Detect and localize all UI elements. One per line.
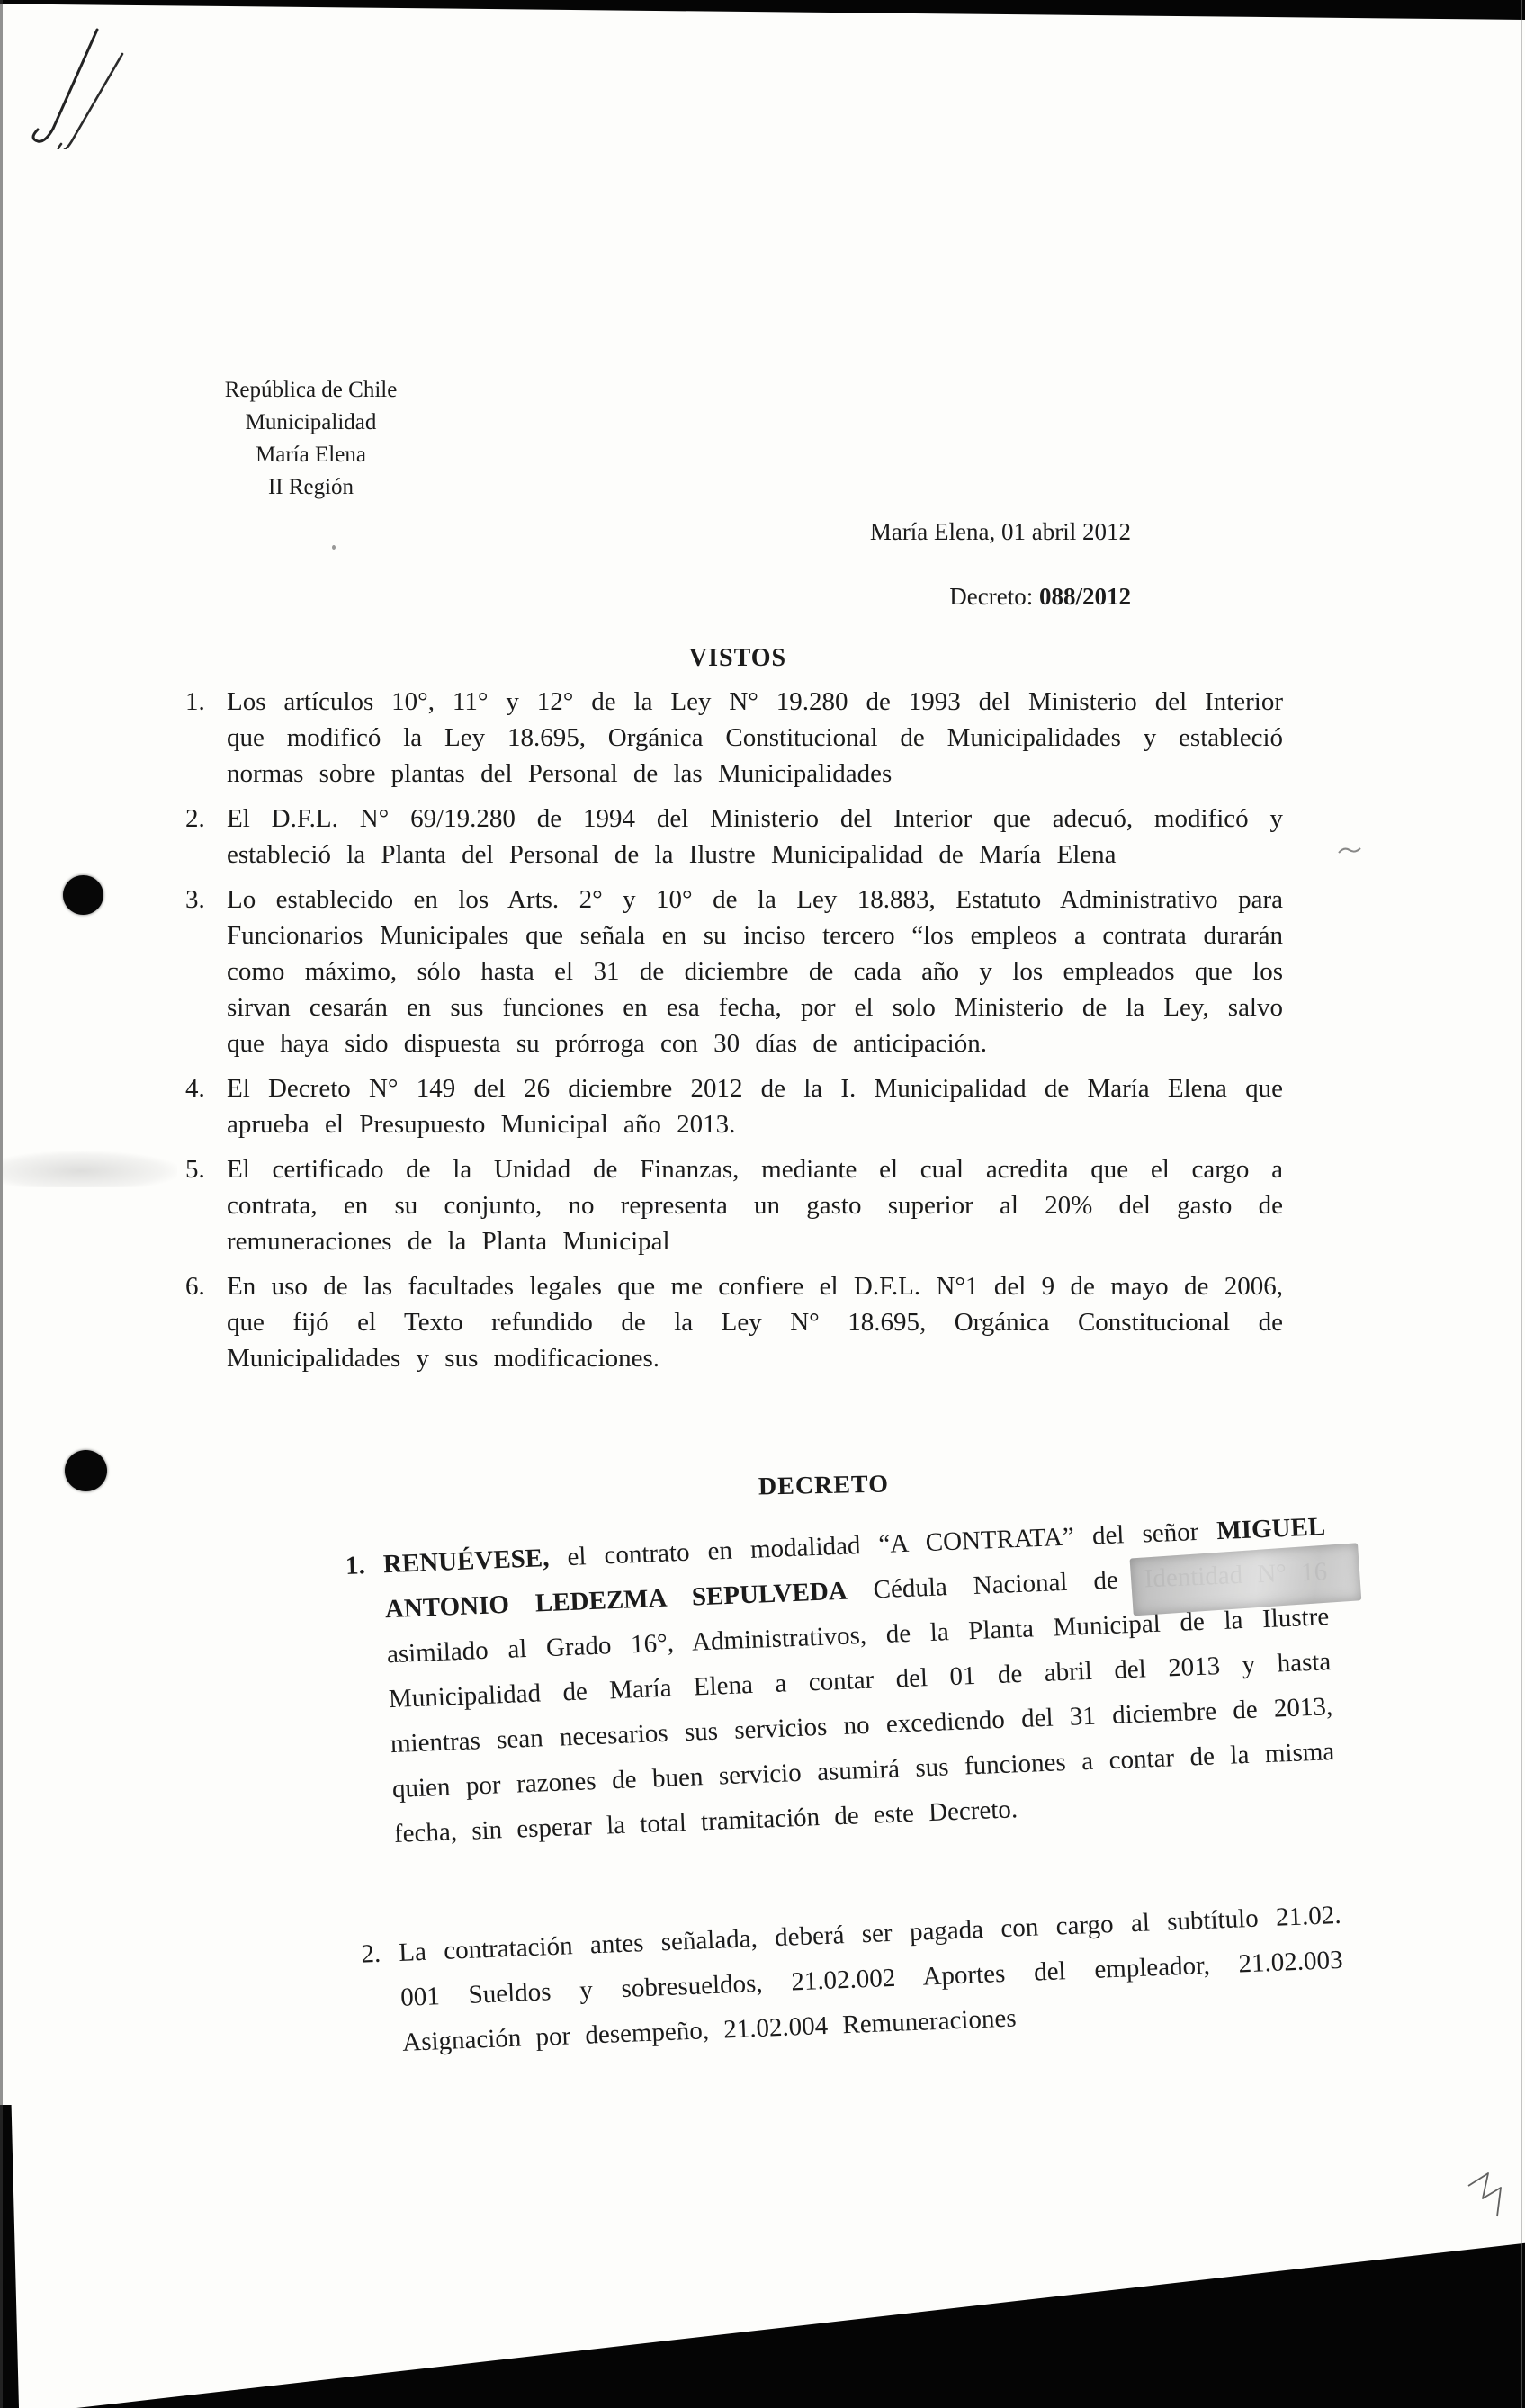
scanned-decree-page: República de Chile Municipalidad María E… <box>0 0 1525 2408</box>
scan-edge-left-line <box>0 0 3 2408</box>
item-text: El D.F.L. N° 69/19.280 de 1994 del Minis… <box>227 804 1283 869</box>
letterhead-line-country: República de Chile <box>214 374 408 407</box>
item-text: En uso de las facultades legales que me … <box>227 1272 1283 1373</box>
item-text: La contratación antes señalada, deberá s… <box>399 1901 1343 2057</box>
vistos-item-6: 6. En uso de las facultades legales que … <box>185 1268 1283 1376</box>
stray-mark-bottom-right <box>1465 2162 1524 2234</box>
item-number: 3. <box>185 882 205 918</box>
pen-mark <box>25 14 133 149</box>
item-number: 2. <box>360 1931 381 1977</box>
decree-label: Decreto: <box>949 583 1033 610</box>
decreto-item-1: 1. RENUÉVESE, el contrato en modalidad “… <box>345 1504 1337 1857</box>
place-date: María Elena, 01 abril 2012 <box>870 518 1131 546</box>
appointment-text: asimilado al Grado 16°, Administrativos,… <box>386 1602 1334 1849</box>
item-text: El certificado de la Unidad de Finanzas,… <box>227 1155 1283 1256</box>
decreto-item-2: 2. La contratación antes señalada, deber… <box>360 1893 1345 2067</box>
vistos-item-1: 1. Los artículos 10°, 11° y 12° de la Le… <box>185 684 1283 792</box>
letterhead-line-city: María Elena <box>214 439 408 471</box>
header-right-block: María Elena, 01 abril 2012 Decreto: 088/… <box>870 518 1131 611</box>
decreto-heading: DECRETO <box>758 1470 890 1501</box>
cedula-text: Cédula Nacional de <box>873 1566 1118 1605</box>
item-number: 4. <box>185 1070 205 1106</box>
letterhead-line-municipality: Municipalidad <box>214 407 408 439</box>
scan-edge-bottom <box>0 2233 1525 2408</box>
item-number: 6. <box>185 1268 205 1304</box>
vistos-item-4: 4. El Decreto N° 149 del 26 diciembre 20… <box>185 1070 1283 1142</box>
vistos-item-2: 2. El D.F.L. N° 69/19.280 de 1994 del Mi… <box>185 801 1283 873</box>
item-text: El Decreto N° 149 del 26 diciembre 2012 … <box>227 1074 1283 1139</box>
item-number: 1. <box>345 1543 366 1589</box>
vistos-heading: VISTOS <box>0 644 1476 673</box>
item-number: 2. <box>185 801 205 837</box>
vistos-list: 1. Los artículos 10°, 11° y 12° de la Le… <box>185 684 1283 1385</box>
decreto-list: 1. RENUÉVESE, el contrato en modalidad “… <box>345 1504 1345 2066</box>
renuevese-keyword: RENUÉVESE, <box>382 1544 550 1579</box>
punch-hole-top <box>63 875 103 915</box>
item-text: Lo establecido en los Arts. 2° y 10° de … <box>227 885 1283 1058</box>
stray-mark-right <box>1337 844 1369 858</box>
letterhead-line-region: II Región <box>214 471 408 504</box>
item-text: Los artículos 10°, 11° y 12° de la Ley N… <box>227 687 1283 788</box>
decree-number: 088/2012 <box>1039 583 1131 610</box>
item-number: 1. <box>185 684 205 720</box>
vistos-item-3: 3. Lo establecido en los Arts. 2° y 10° … <box>185 882 1283 1061</box>
vistos-item-5: 5. El certificado de la Unidad de Finanz… <box>185 1151 1283 1259</box>
decree-number-line: Decreto: 088/2012 <box>870 583 1131 611</box>
redacted-identity: Identidad N° 16 <box>1144 1549 1328 1601</box>
contract-modality-text: el contrato en modalidad “A CONTRATA” de… <box>567 1517 1199 1571</box>
scan-smudge-left <box>2 1151 177 1187</box>
item-number: 5. <box>185 1151 205 1187</box>
scan-edge-top <box>0 0 1525 20</box>
scan-edge-right-line <box>1521 0 1522 2408</box>
punch-hole-bottom <box>65 1450 107 1491</box>
stray-dot <box>332 545 336 550</box>
scan-edge-left-strip <box>0 2105 27 2408</box>
letterhead: República de Chile Municipalidad María E… <box>214 374 408 504</box>
